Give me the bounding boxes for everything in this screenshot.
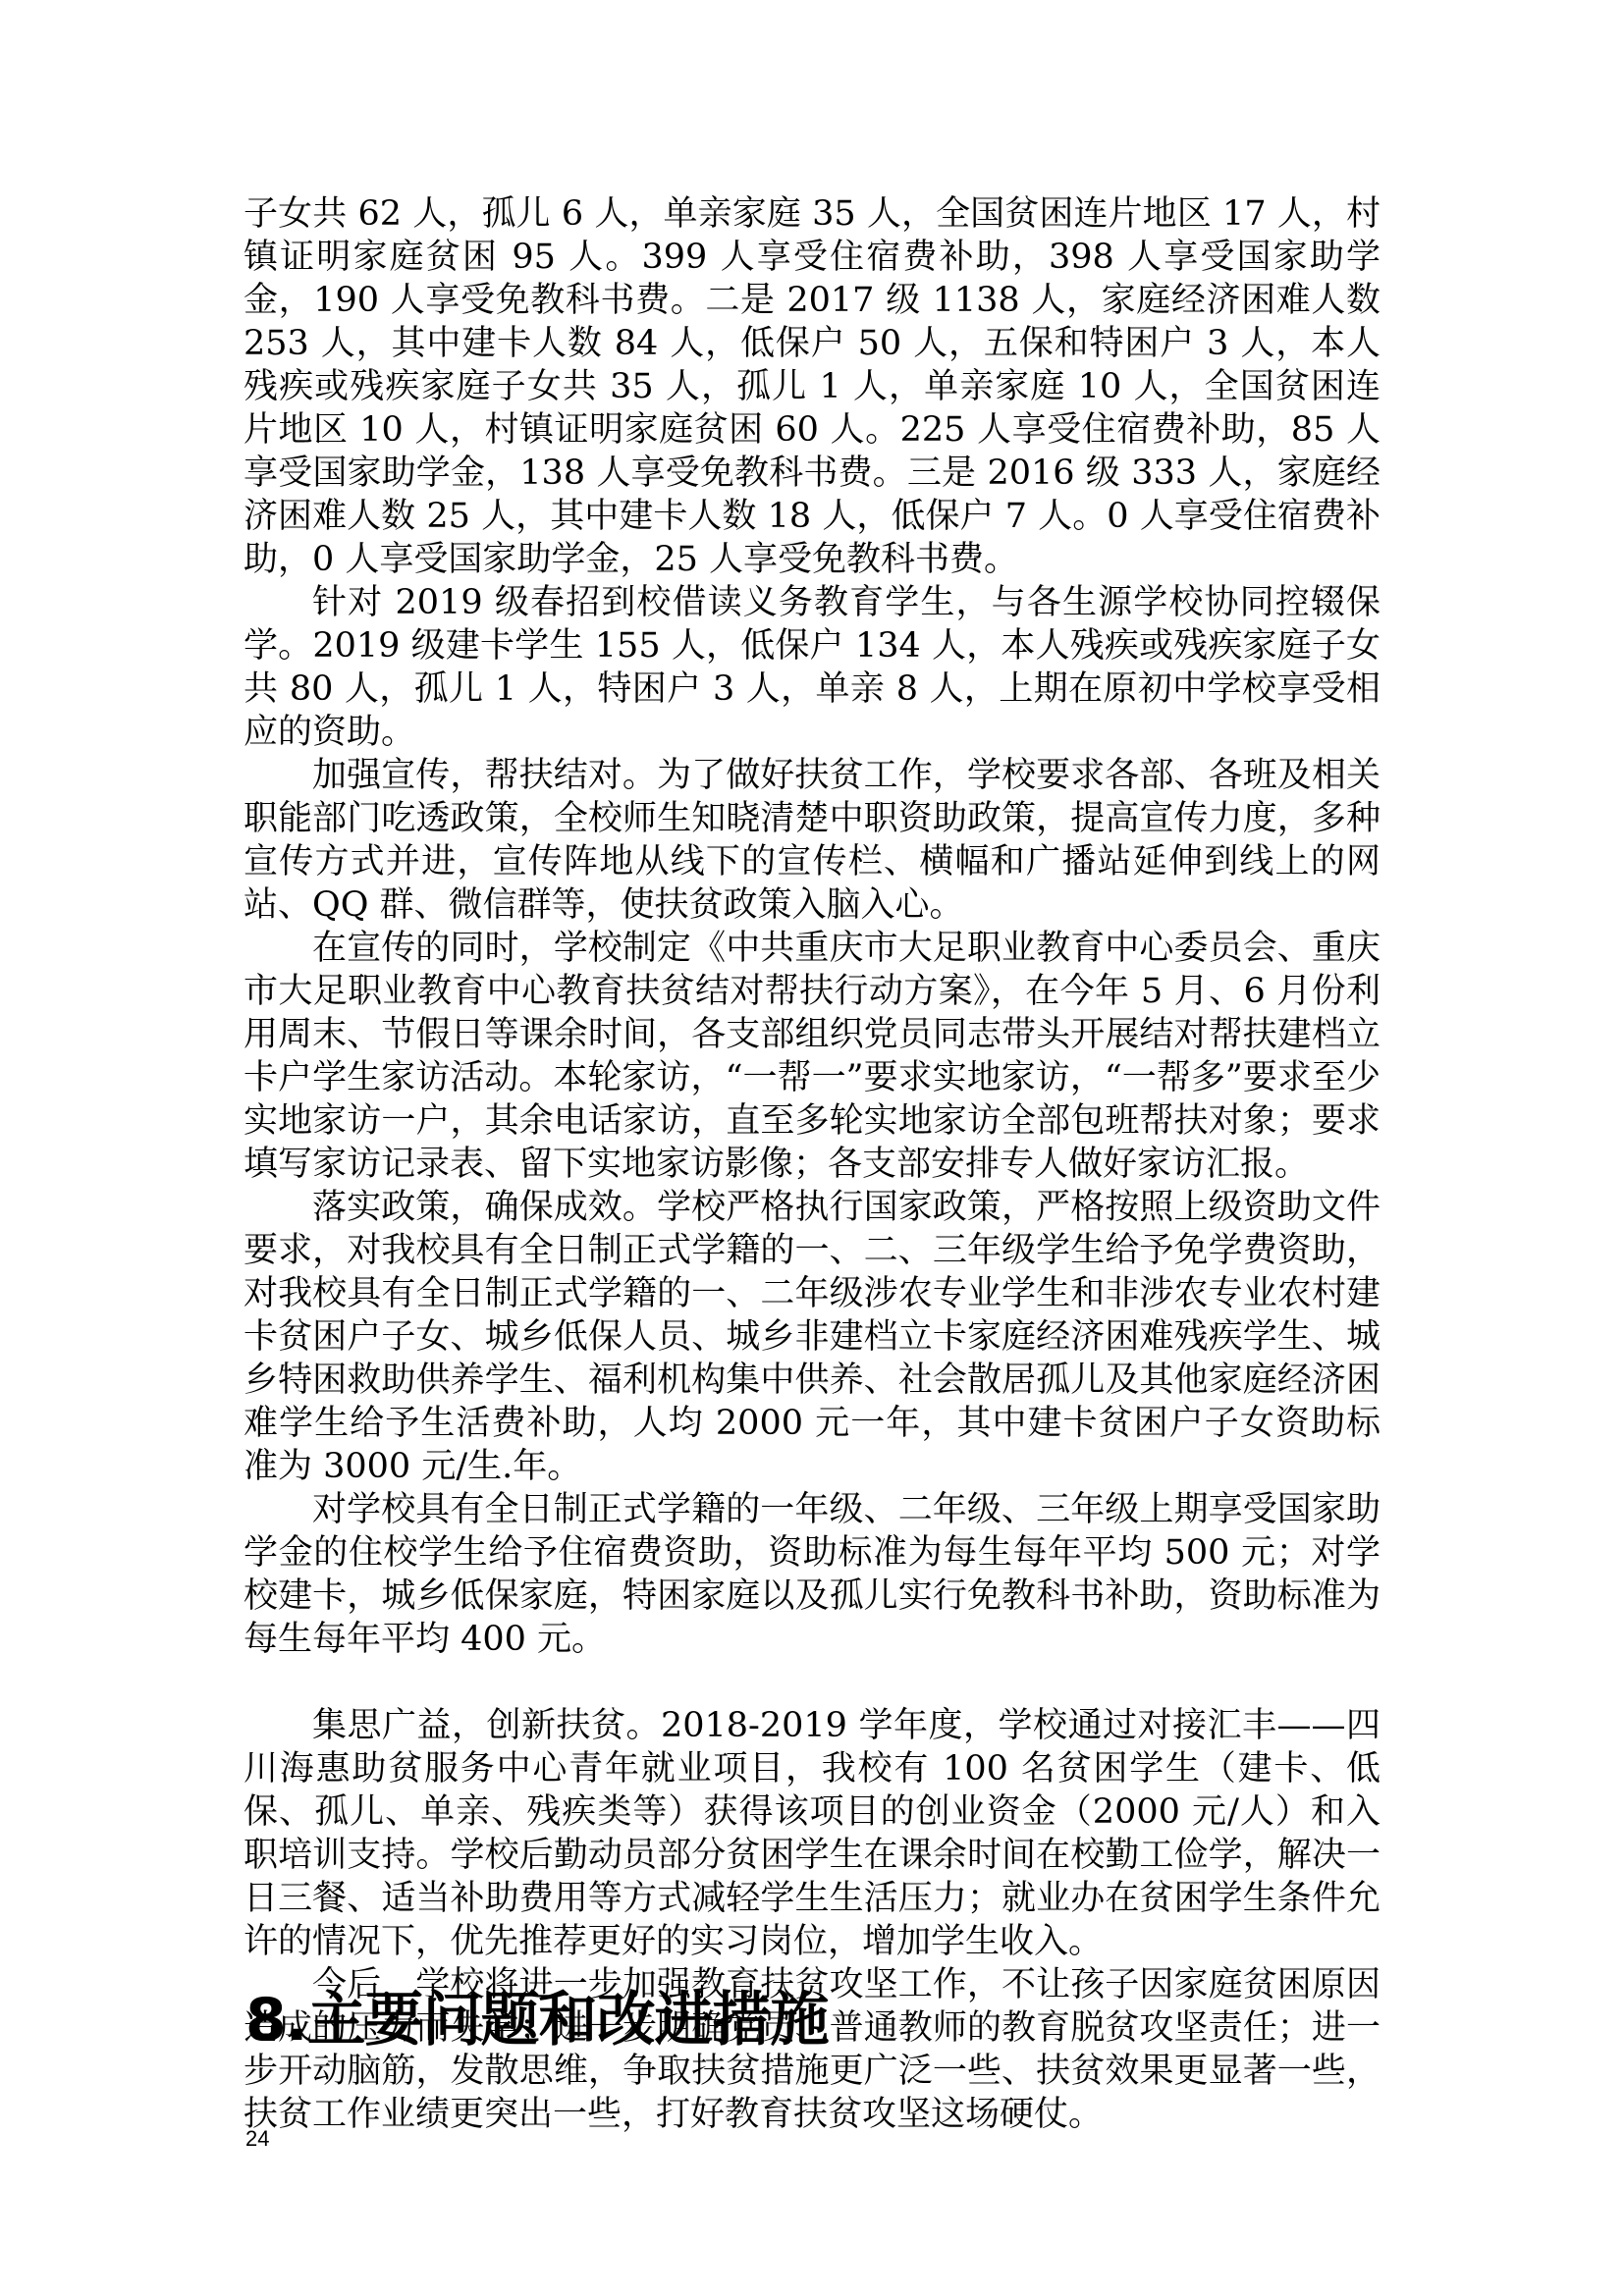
paragraph-accommodation-aid: 对学校具有全日制正式学籍的一年级、二年级、三年级上期享受国家助学金的住校学生给予… xyxy=(244,1488,1380,1661)
paragraph-innovation: 集思广益，创新扶贫。2018-2019 学年度，学校通过对接汇丰——四川海惠助贫… xyxy=(244,1704,1380,1963)
section-heading: 8.主要问题和改进措施 xyxy=(245,1981,829,2059)
paragraph-policy-implementation: 落实政策，确保成效。学校严格执行国家政策，严格按照上级资助文件要求，对我校具有全… xyxy=(244,1186,1380,1488)
paragraph-home-visits: 在宣传的同时，学校制定《中共重庆市大足职业教育中心委员会、重庆市大足职业教育中心… xyxy=(244,927,1380,1186)
paragraph-2019-spring-students: 针对 2019 级春招到校借读义务教育学生，与各生源学校协同控辍保学。2019 … xyxy=(244,581,1380,754)
paragraph-student-statistics: 子女共 62 人，孤儿 6 人，单亲家庭 35 人，全国贫困连片地区 17 人，… xyxy=(244,192,1380,581)
paragraph-publicity: 加强宣传，帮扶结对。为了做好扶贫工作，学校要求各部、各班及相关职能部门吃透政策，… xyxy=(244,754,1380,927)
body-text: 子女共 62 人，孤儿 6 人，单亲家庭 35 人，全国贫困连片地区 17 人，… xyxy=(244,192,1380,2136)
document-page: 子女共 62 人，孤儿 6 人，单亲家庭 35 人，全国贫困连片地区 17 人，… xyxy=(0,0,1624,2296)
page-number: 24 xyxy=(245,2126,269,2152)
